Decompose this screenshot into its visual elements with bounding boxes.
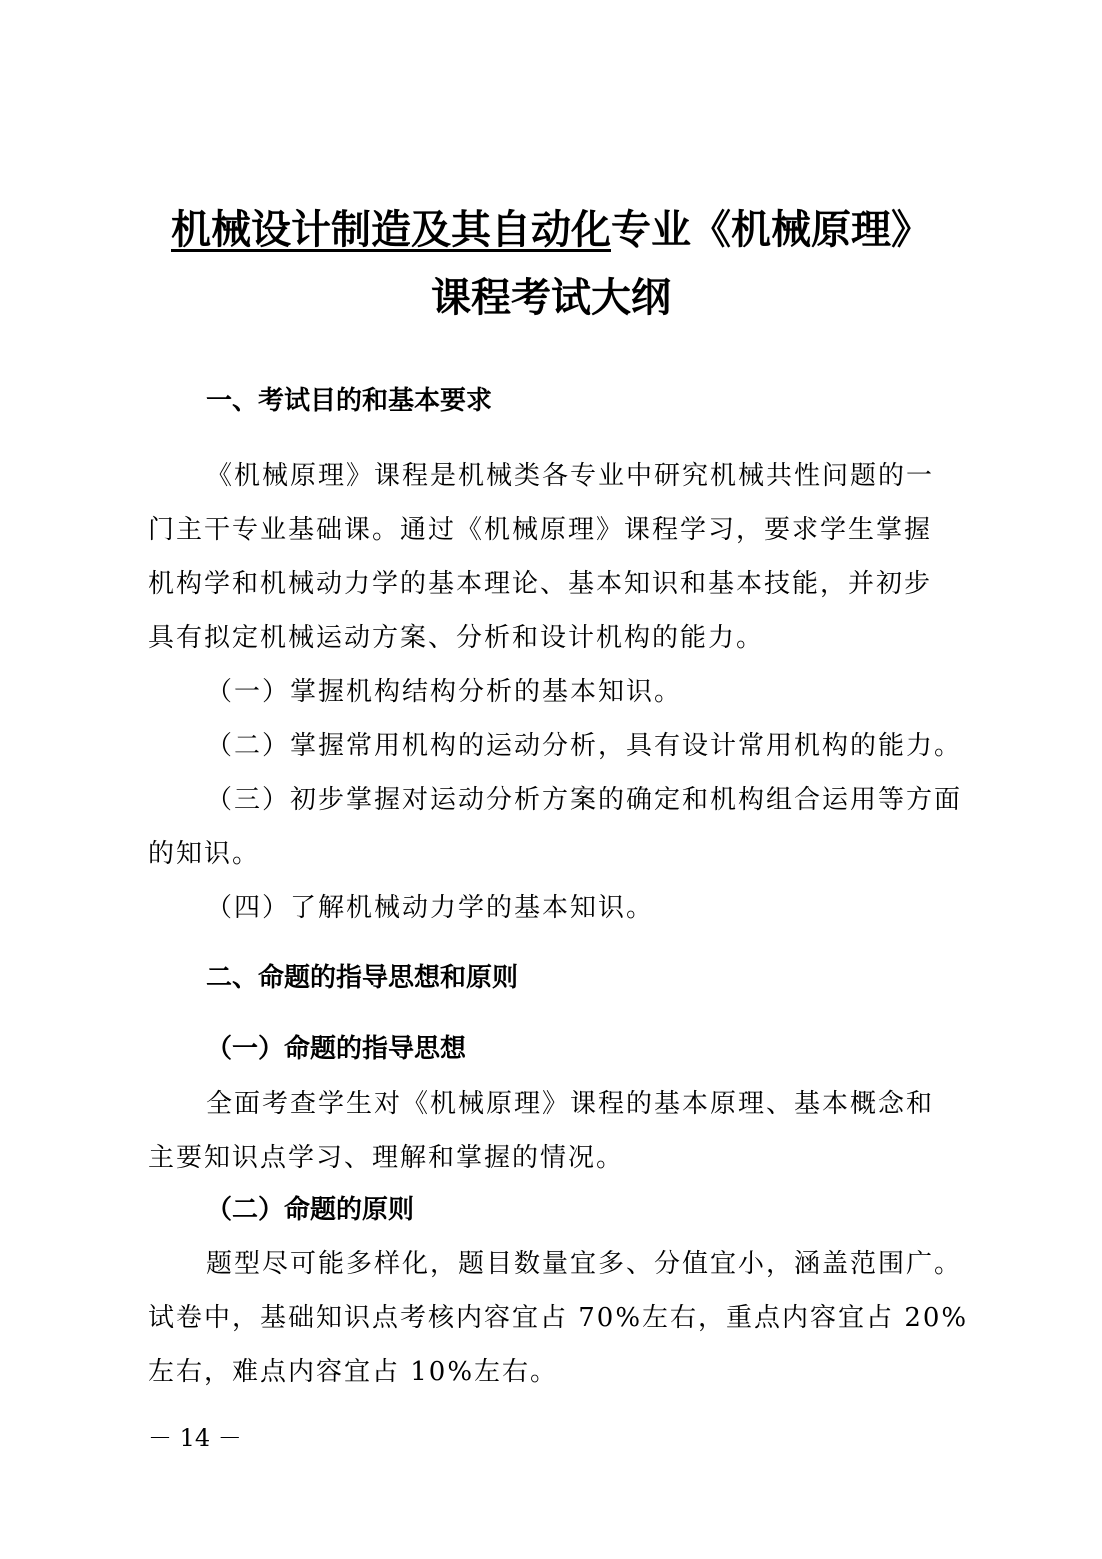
section1-heading: 一、考试目的和基本要求 bbox=[206, 380, 492, 417]
paragraph-line: 《机械原理》课程是机械类各专业中研究机械共性问题的一 bbox=[206, 455, 934, 492]
document-title-line1: 机械设计制造及其自动化专业《机械原理》 bbox=[0, 198, 1102, 255]
paragraph-line: 题型尽可能多样化，题目数量宜多、分值宜小，涵盖范围广。 bbox=[206, 1243, 962, 1280]
paragraph-line: 机构学和机械动力学的基本理论、基本知识和基本技能，并初步 bbox=[148, 563, 932, 600]
paragraph-line: 具有拟定机械运动方案、分析和设计机构的能力。 bbox=[148, 617, 764, 654]
paragraph-line: 门主干专业基础课。通过《机械原理》课程学习，要求学生掌握 bbox=[148, 509, 932, 546]
list-item: （一）掌握机构结构分析的基本知识。 bbox=[206, 671, 682, 708]
document-title-line2: 课程考试大纲 bbox=[0, 266, 1102, 323]
section2-heading: 二、命题的指导思想和原则 bbox=[206, 957, 518, 994]
list-item: （二）掌握常用机构的运动分析，具有设计常用机构的能力。 bbox=[206, 725, 962, 762]
title-underlined: 机械设计制造及其自动化 bbox=[171, 207, 611, 253]
title-rest: 专业《机械原理》 bbox=[611, 207, 931, 253]
paragraph-line: 主要知识点学习、理解和掌握的情况。 bbox=[148, 1137, 624, 1174]
paragraph-line: 左右，难点内容宜占 10%左右。 bbox=[148, 1351, 558, 1388]
page-number: － 14 － bbox=[148, 1418, 242, 1453]
list-item: （三）初步掌握对运动分析方案的确定和机构组合运用等方面 bbox=[206, 779, 962, 816]
paragraph-line: 试卷中，基础知识点考核内容宜占 70%左右，重点内容宜占 20% bbox=[148, 1297, 968, 1334]
list-item-continuation: 的知识。 bbox=[148, 833, 260, 870]
paragraph-line: 全面考查学生对《机械原理》课程的基本原理、基本概念和 bbox=[206, 1083, 934, 1120]
subsection2-heading: （二）命题的原则 bbox=[206, 1189, 414, 1226]
list-item: （四）了解机械动力学的基本知识。 bbox=[206, 887, 654, 924]
subsection1-heading: （一）命题的指导思想 bbox=[206, 1028, 466, 1065]
